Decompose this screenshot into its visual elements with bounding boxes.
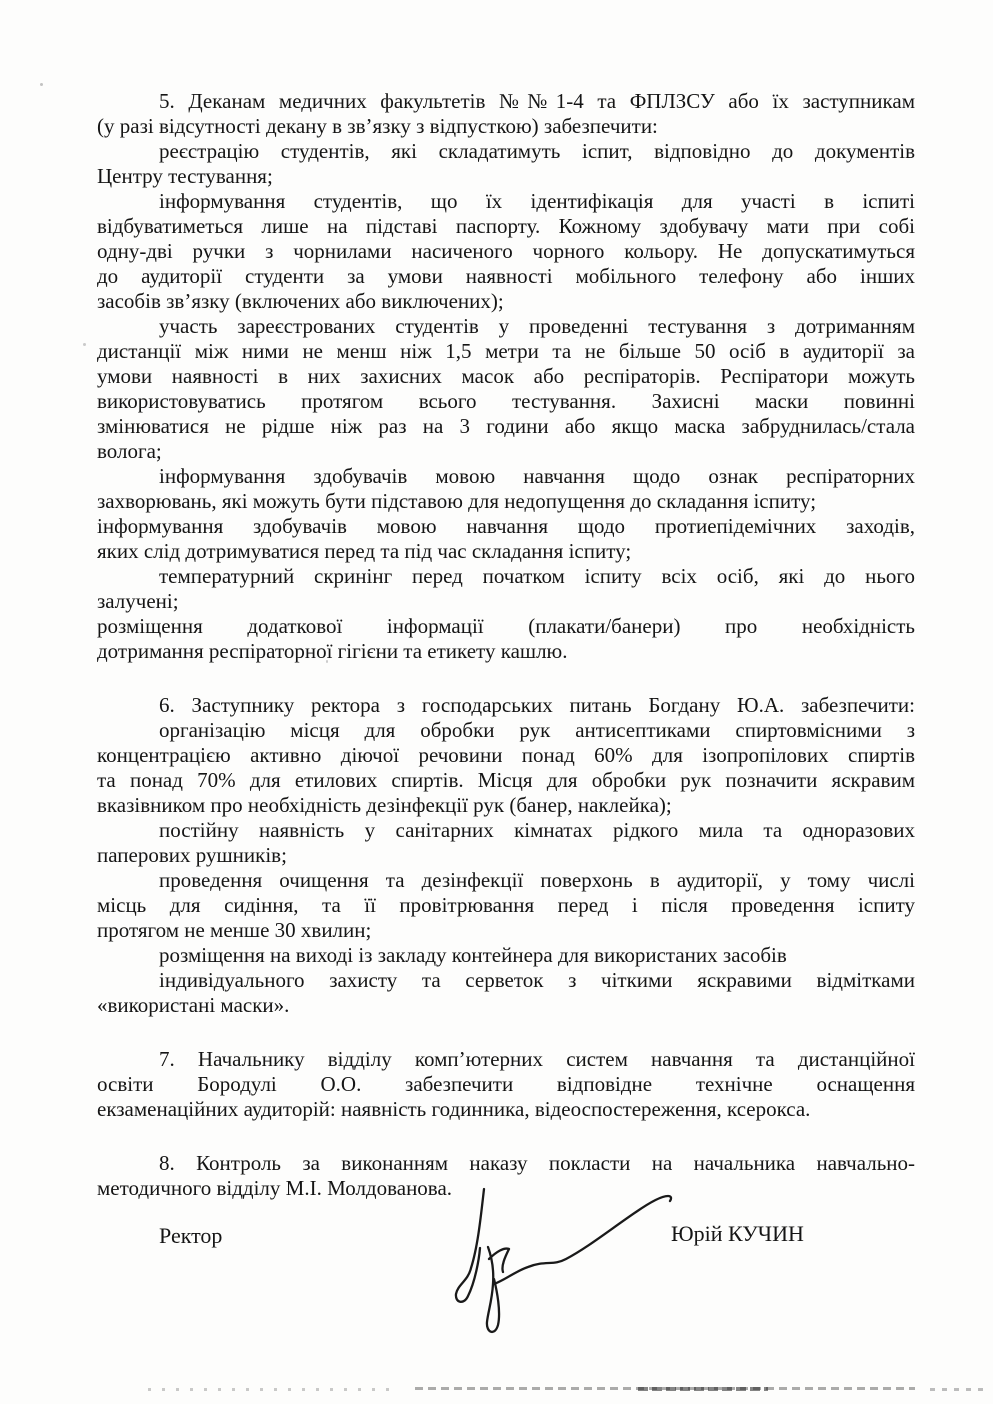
- text-line: 6. Заступнику ректора з господарських пи…: [97, 693, 915, 718]
- text-line: концентрацією активно діючої речовини по…: [97, 743, 915, 768]
- text-line: реєстрацію студентів, які складатимуть і…: [97, 139, 915, 164]
- scanned-document-page: 5. Деканам медичних факультетів №№1-4 та…: [0, 0, 993, 1404]
- text-line: вказівником про необхідність дезінфекції…: [97, 793, 915, 818]
- scan-speck: [83, 343, 86, 346]
- text-line: 7. Начальнику відділу комп’ютерних систе…: [97, 1047, 915, 1072]
- signature-role-label: Ректор: [159, 1221, 222, 1251]
- text-line: волога;: [97, 439, 915, 464]
- text-line: проведення очищення та дезінфекції повер…: [97, 868, 915, 893]
- text-line: яких слід дотримуватися перед та під час…: [97, 539, 915, 564]
- text-line: 5. Деканам медичних факультетів №№1-4 та…: [97, 89, 915, 114]
- text-line: індивідуального захисту та серветок з чі…: [97, 968, 915, 993]
- text-line: протягом не менше 30 хвилин;: [97, 918, 915, 943]
- text-line: засобів зв’язку (включених або виключени…: [97, 289, 915, 314]
- text-line: інформування здобувачів мовою навчання щ…: [97, 464, 915, 489]
- scan-artifact-line: [148, 1388, 398, 1391]
- text-line: освіти Бородулі О.О. забезпечити відпові…: [97, 1072, 915, 1097]
- text-line: паперових рушників;: [97, 843, 915, 868]
- text-line: дистанції між ними не менш ніж 1,5 метри…: [97, 339, 915, 364]
- scan-speck: [40, 83, 43, 86]
- text-line: змінюватися не рідше ніж раз на 3 години…: [97, 414, 915, 439]
- text-line: температурний скринінг перед початком іс…: [97, 564, 915, 589]
- text-line: розміщення на виході із закладу контейне…: [97, 943, 915, 968]
- handwritten-signature-icon: [440, 1180, 680, 1345]
- text-line: екзаменаційних аудиторій: наявність годи…: [97, 1097, 915, 1122]
- text-line: «використані маски».: [97, 993, 915, 1018]
- signature-signer-name: Юрій КУЧИН: [671, 1219, 804, 1249]
- text-line: розміщення додаткової інформації (плакат…: [97, 614, 915, 639]
- text-line: до аудиторії студенти за умови наявності…: [97, 264, 915, 289]
- text-line: 8. Контроль за виконанням наказу покласт…: [97, 1151, 915, 1176]
- text-line: відбуватиметься лише на підставі паспорт…: [97, 214, 915, 239]
- text-line: дотримання респіраторної гігієни та етик…: [97, 639, 915, 664]
- text-line: залучені;: [97, 589, 915, 614]
- text-line: постійну наявність у санітарних кімнатах…: [97, 818, 915, 843]
- text-line: одну-дві ручки з чорнилами насиченого чо…: [97, 239, 915, 264]
- text-line: умови наявності в них захисних масок або…: [97, 364, 915, 389]
- text-line: використовуватись протягом всього тестув…: [97, 389, 915, 414]
- text-line: організацію місця для обробки рук антисе…: [97, 718, 915, 743]
- scan-speck: [326, 660, 328, 663]
- text-line: місць для сидіння, та її провітрювання п…: [97, 893, 915, 918]
- scan-artifact-line: [638, 1387, 768, 1391]
- text-line: (у разі відсутності декану в зв’язку з в…: [97, 114, 915, 139]
- text-line: інформування здобувачів мовою навчання щ…: [97, 514, 915, 539]
- text-line: інформування студентів, що їх ідентифіка…: [97, 189, 915, 214]
- scan-artifact-line: [930, 1388, 985, 1391]
- text-line: захворювань, які можуть бути підставою д…: [97, 489, 915, 514]
- text-line: участь зареєстрованих студентів у провед…: [97, 314, 915, 339]
- text-line: Центру тестування;: [97, 164, 915, 189]
- document-lines: 5. Деканам медичних факультетів №№1-4 та…: [97, 89, 915, 1201]
- text-line: та понад 70% для етилових спиртів. Місця…: [97, 768, 915, 793]
